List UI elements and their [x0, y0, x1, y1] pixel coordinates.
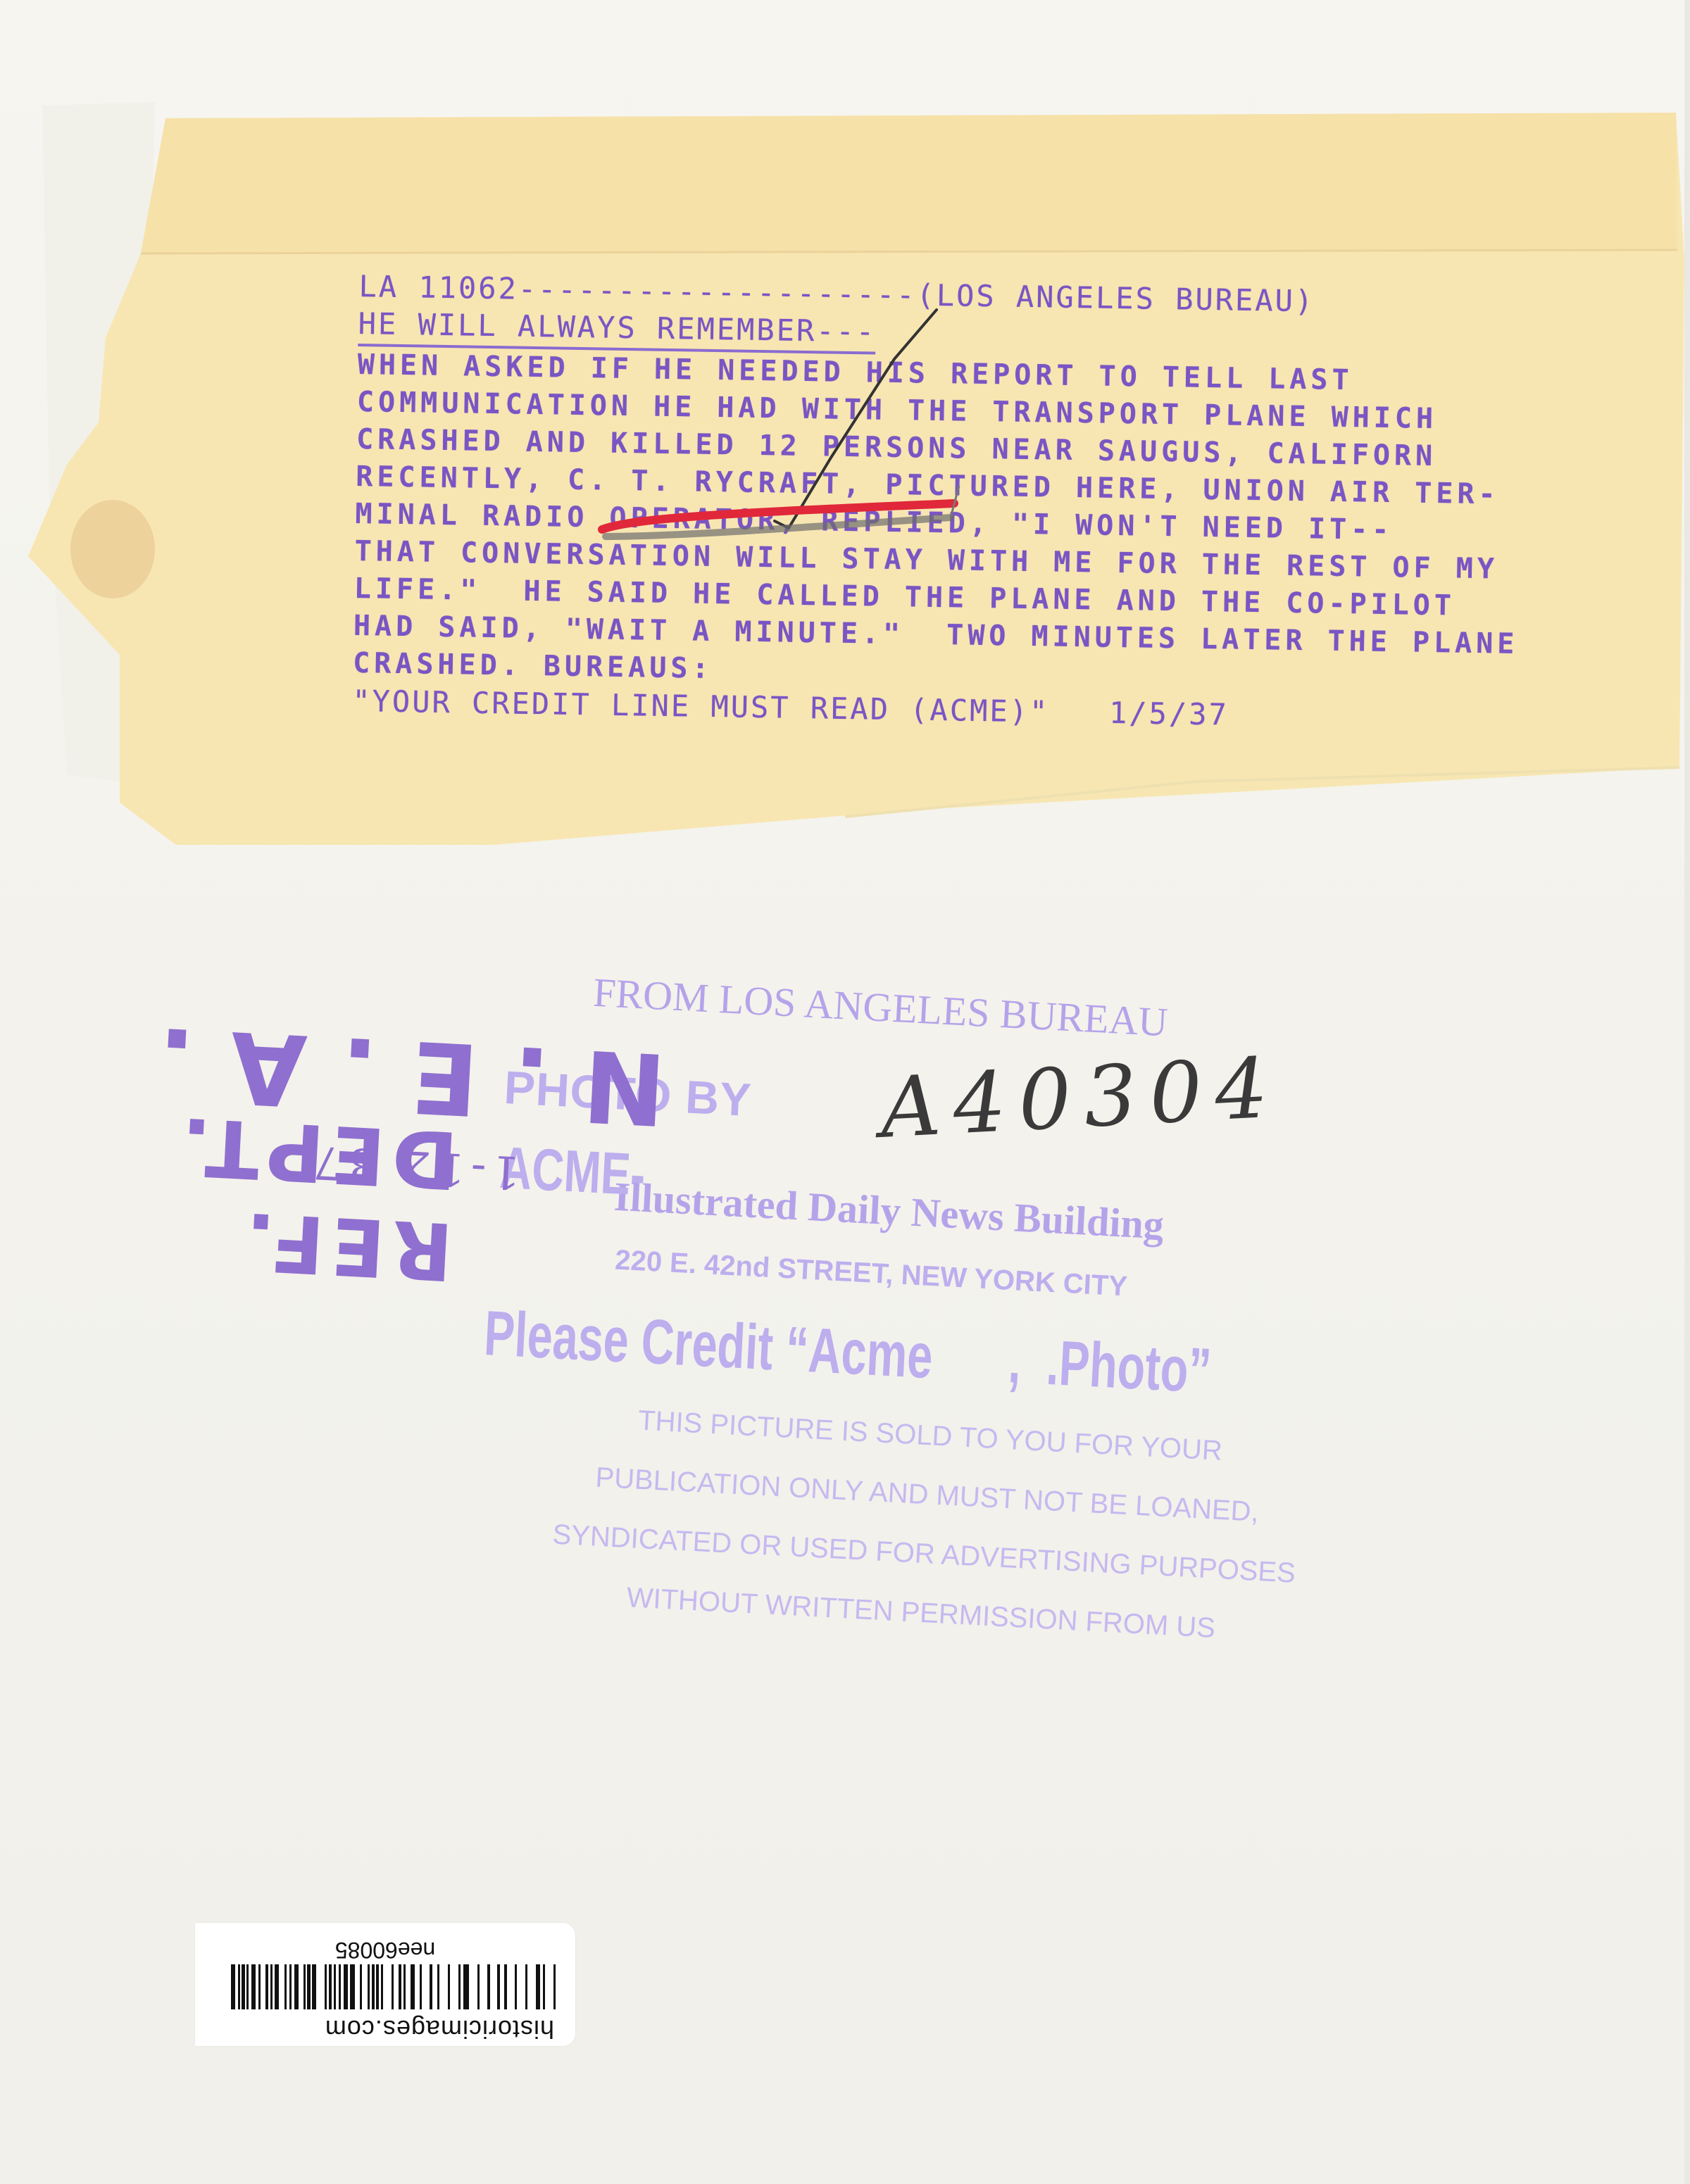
nea-ref-dept-stamp: REF. DEPT. 1-12 37 N.E.A.: [154, 986, 705, 1323]
caption-text: LA 11062--------------------(LOS ANGELES…: [352, 268, 1683, 740]
caption-slip: LA 11062--------------------(LOS ANGELES…: [0, 0, 1690, 859]
nea-stamp-date: 1-12 37: [307, 1135, 522, 1198]
barcode-label: historicimages.com nee60085: [195, 1923, 575, 2046]
slug-number: LA 11062: [358, 269, 518, 306]
barcode-icon: [218, 1964, 556, 2009]
bureau-label: (LOS ANGELES BUREAU): [916, 277, 1315, 318]
caption-date: 1/5/37: [1109, 696, 1229, 732]
barcode-code: nee60085: [195, 1937, 575, 1963]
photo-back-page: LA 11062--------------------(LOS ANGELES…: [0, 0, 1690, 2184]
barcode-site: historicimages.com: [325, 2014, 554, 2044]
slug-dashes: --------------------: [518, 272, 916, 313]
